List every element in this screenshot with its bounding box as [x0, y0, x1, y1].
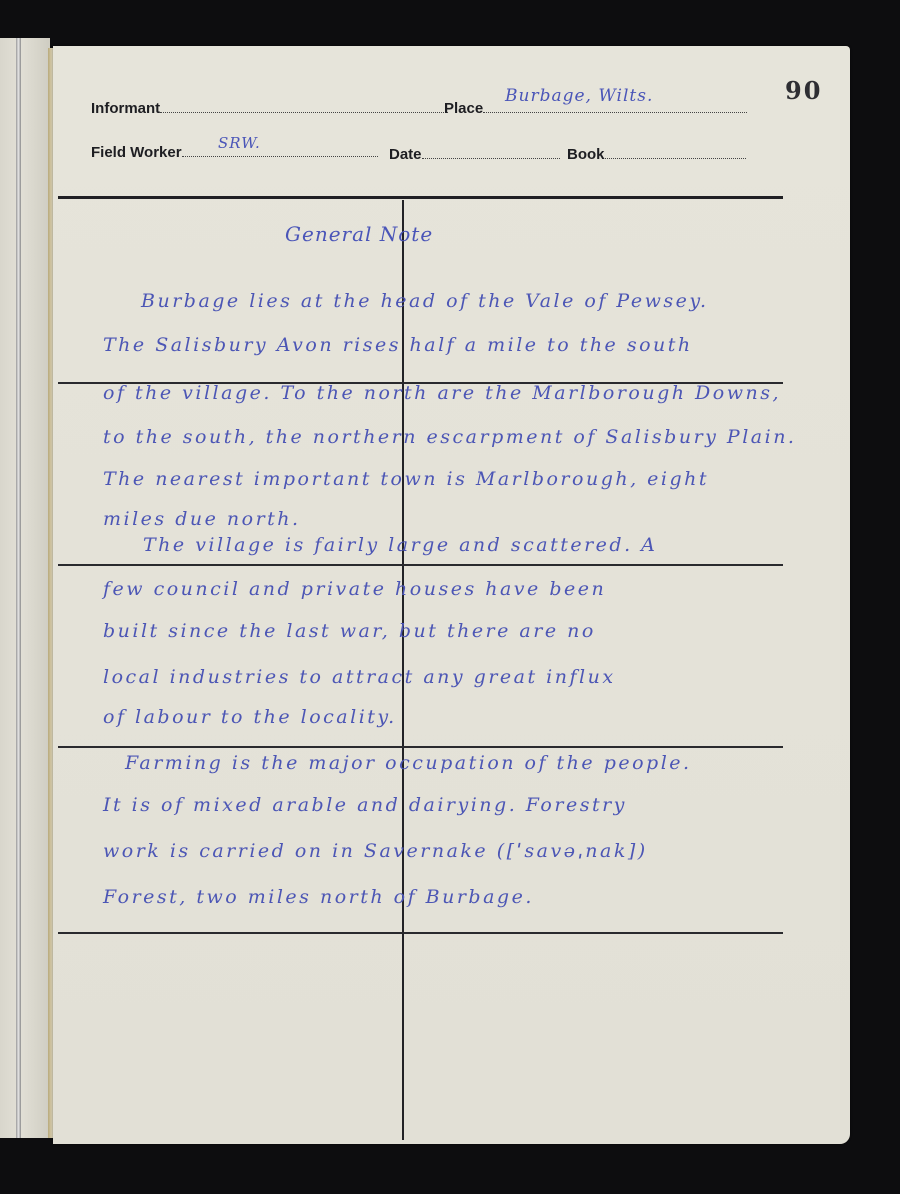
note-line: Forest, two miles north of Burbage. [103, 886, 534, 908]
note-line: The nearest important town is Marlboroug… [103, 468, 709, 490]
note-line: Burbage lies at the head of the Vale of … [141, 290, 709, 312]
book-field: Book [567, 144, 746, 163]
row-rule-4 [58, 932, 783, 934]
page-number: 90 [785, 76, 822, 105]
date-field: Date [389, 144, 560, 163]
left-page-edge [0, 38, 50, 1138]
informant-value-line [160, 98, 448, 113]
header-divider-rule [58, 196, 783, 199]
page-clip-edge [16, 38, 21, 1138]
informant-field: Informant [91, 98, 448, 117]
note-line: of the village. To the north are the Mar… [103, 382, 781, 404]
field-worker-value-line [182, 142, 378, 157]
note-line: work is carried on in Savernake ([ˈsavəˌ… [103, 840, 648, 862]
field-worker-value: SRW. [218, 134, 261, 152]
date-value-line [422, 144, 560, 159]
note-line: miles due north. [103, 508, 301, 530]
note-line: The village is fairly large and scattere… [143, 534, 657, 556]
note-line: local industries to attract any great in… [103, 666, 616, 688]
note-line: few council and private houses have been [103, 578, 606, 600]
notebook-page: 90 Informant Place Burbage, Wilts. Field… [53, 46, 850, 1144]
note-line: built since the last war, but there are … [103, 620, 596, 642]
field-worker-label: Field Worker [91, 144, 182, 161]
place-value: Burbage, Wilts. [505, 86, 653, 106]
row-rule-2 [58, 564, 783, 566]
notes-title: General Note [285, 222, 433, 246]
book-label: Book [567, 146, 605, 163]
note-line: to the south, the northern escarpment of… [103, 426, 796, 448]
note-line: Farming is the major occupation of the p… [125, 752, 692, 774]
row-rule-3 [58, 746, 783, 748]
note-line: The Salisbury Avon rises half a mile to … [103, 334, 693, 356]
note-line: It is of mixed arable and dairying. Fore… [103, 794, 627, 816]
note-line: of labour to the locality. [103, 706, 397, 728]
place-label: Place [444, 100, 483, 117]
book-value-line [605, 144, 746, 159]
date-label: Date [389, 146, 422, 163]
informant-label: Informant [91, 100, 160, 117]
